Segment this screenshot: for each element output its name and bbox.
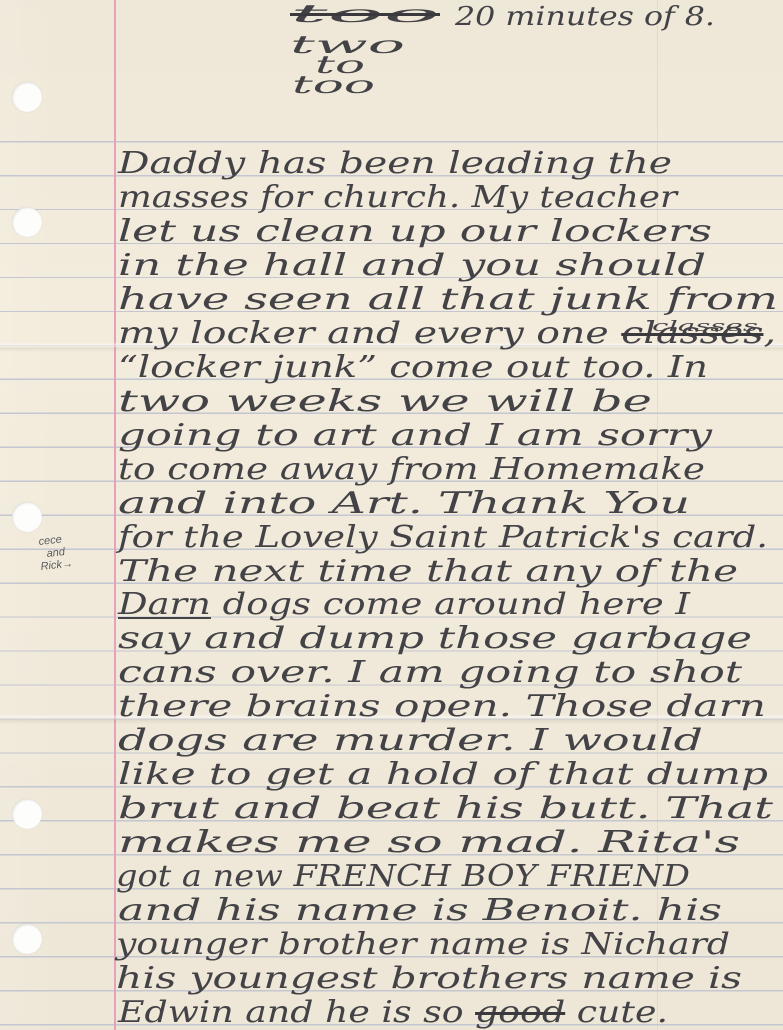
- line-ink: Darn dogs come around here I: [118, 588, 690, 622]
- line-text: Edwin and he is so: [118, 995, 475, 1030]
- letter-line-20: brut and beat his butt. That: [118, 792, 773, 826]
- line-text: younger brother name is Nichard: [116, 927, 730, 962]
- struck-word-text: too: [290, 0, 440, 28]
- struck-word: good: [475, 995, 565, 1030]
- punch-hole: [12, 799, 42, 829]
- line-text: masses for church. My teacher: [118, 180, 677, 215]
- header-ink: 20 minutes of 8.: [455, 2, 715, 32]
- line-ink: dogs are murder. I would: [118, 724, 703, 758]
- letter-line-14: Darn dogs come around here I: [118, 588, 690, 622]
- letter-line-5: have seen all that junk from: [118, 283, 778, 317]
- line-text: have seen all that junk from: [118, 282, 778, 317]
- letter-line-16: cans over. I am going to shot: [118, 656, 742, 690]
- line-text: and his name is Benoit. his: [118, 893, 722, 928]
- punch-hole: [12, 924, 42, 954]
- line-text: like to get a hold of that dump: [118, 757, 768, 792]
- letter-line-10: to come away from Homemake: [118, 453, 705, 487]
- line-ink: my locker and every one classes,: [118, 317, 776, 351]
- time-note: 20 minutes of 8.: [455, 2, 715, 32]
- line-text: and into Art. Thank You: [118, 486, 690, 521]
- line-text: going to art and I am sorry: [118, 418, 712, 453]
- arrow-right-icon: →: [61, 558, 73, 571]
- letter-line-19: like to get a hold of that dump: [118, 758, 768, 792]
- letter-line-13: The next time that any of the: [118, 555, 738, 589]
- line-ink: Edwin and he is so good cute.: [118, 996, 668, 1030]
- underlined-word: Darn: [118, 587, 211, 622]
- line-ink: and his name is Benoit. his: [118, 894, 722, 928]
- letter-line-3: let us clean up our lockers: [118, 215, 712, 249]
- struck-header-word: too: [290, 0, 440, 28]
- line-text: makes me so mad. Rita's: [118, 825, 740, 860]
- letter-line-11: and into Art. Thank You: [118, 487, 690, 521]
- line-ink: and into Art. Thank You: [118, 487, 690, 521]
- line-ink: there brains open. Those darn: [118, 690, 766, 724]
- letter-line-7: “locker junk” come out too. In: [118, 351, 708, 385]
- line-ink: to come away from Homemake: [118, 453, 705, 487]
- line-text: there brains open. Those darn: [118, 689, 766, 724]
- line-ink: his youngest brothers name is: [116, 962, 742, 996]
- punch-hole: [12, 502, 42, 532]
- letter-line-8: two weeks we will be: [118, 385, 652, 419]
- line-text: got a new FRENCH BOY FRIEND: [116, 859, 690, 894]
- line-text: brut and beat his butt. That: [118, 791, 773, 826]
- line-text: cute.: [565, 995, 668, 1030]
- line-ink: for the Lovely Saint Patrick's card.: [118, 521, 768, 555]
- letter-line-17: there brains open. Those darn: [118, 690, 766, 724]
- line-ink: masses for church. My teacher: [118, 181, 677, 215]
- line-ink: say and dump those garbage: [118, 622, 752, 656]
- letter-line-18: dogs are murder. I would: [118, 724, 703, 758]
- line-ink: like to get a hold of that dump: [118, 758, 768, 792]
- line-text: dogs come around here I: [211, 587, 690, 622]
- line-text: cans over. I am going to shot: [118, 655, 742, 690]
- line-text: Daddy has been leading the: [118, 146, 672, 181]
- line-ink: got a new FRENCH BOY FRIEND: [116, 860, 690, 894]
- line-text: in the hall and you should: [118, 248, 706, 283]
- spelling-text: too: [292, 71, 375, 99]
- line-text: two weeks we will be: [118, 384, 652, 419]
- line-ink: brut and beat his butt. That: [118, 792, 773, 826]
- line-text: The next time that any of the: [118, 554, 738, 589]
- letter-line-15: say and dump those garbage: [118, 622, 752, 656]
- line-text: let us clean up our lockers: [118, 214, 712, 249]
- letter-line-26: Edwin and he is so good cute.: [118, 996, 668, 1030]
- line-ink: cans over. I am going to shot: [118, 656, 742, 690]
- line-text: my locker and every one: [118, 316, 621, 351]
- line-ink: let us clean up our lockers: [118, 215, 712, 249]
- spelling-word-3: too: [292, 71, 375, 99]
- letter-line-1: Daddy has been leading the: [118, 147, 672, 181]
- margin-note-text: Rick: [40, 559, 63, 573]
- header-ink: too: [292, 71, 375, 99]
- line-ink: younger brother name is Nichard: [116, 928, 730, 962]
- line-ink: “locker junk” come out too. In: [118, 351, 708, 385]
- letter-line-2: masses for church. My teacher: [118, 181, 677, 215]
- letter-line-9: going to art and I am sorry: [118, 419, 712, 453]
- punch-hole: [12, 82, 42, 112]
- letter-line-24: younger brother name is Nichard: [116, 928, 730, 962]
- line-text: for the Lovely Saint Patrick's card.: [118, 520, 768, 555]
- line-text: ,: [763, 316, 776, 351]
- letter-line-12: for the Lovely Saint Patrick's card.: [118, 521, 768, 555]
- letter-line-23: and his name is Benoit. his: [118, 894, 722, 928]
- line-ink: Daddy has been leading the: [118, 147, 672, 181]
- line-ink: The next time that any of the: [118, 555, 738, 589]
- letter-line-6: my locker and every one classes,: [118, 317, 776, 351]
- header-ink: too: [290, 0, 440, 28]
- line-ink: two weeks we will be: [118, 385, 652, 419]
- letter-line-21: makes me so mad. Rita's: [118, 826, 740, 860]
- line-text: dogs are murder. I would: [118, 723, 703, 758]
- line-text: to come away from Homemake: [118, 452, 705, 487]
- punch-hole: [12, 207, 42, 237]
- time-note-text: 20 minutes of 8.: [455, 2, 715, 32]
- line-text: say and dump those garbage: [118, 621, 752, 656]
- line-ink: going to art and I am sorry: [118, 419, 712, 453]
- line-text: his youngest brothers name is: [116, 961, 742, 996]
- letter-line-22: got a new FRENCH BOY FRIEND: [116, 860, 690, 894]
- line-ink: have seen all that junk from: [118, 283, 778, 317]
- line-ink: makes me so mad. Rita's: [118, 826, 740, 860]
- letter-line-4: in the hall and you should: [118, 249, 706, 283]
- struck-word: classes: [621, 316, 763, 351]
- line-text: “locker junk” come out too. In: [118, 350, 708, 385]
- line-ink: in the hall and you should: [118, 249, 706, 283]
- letter-line-25: his youngest brothers name is: [116, 962, 742, 996]
